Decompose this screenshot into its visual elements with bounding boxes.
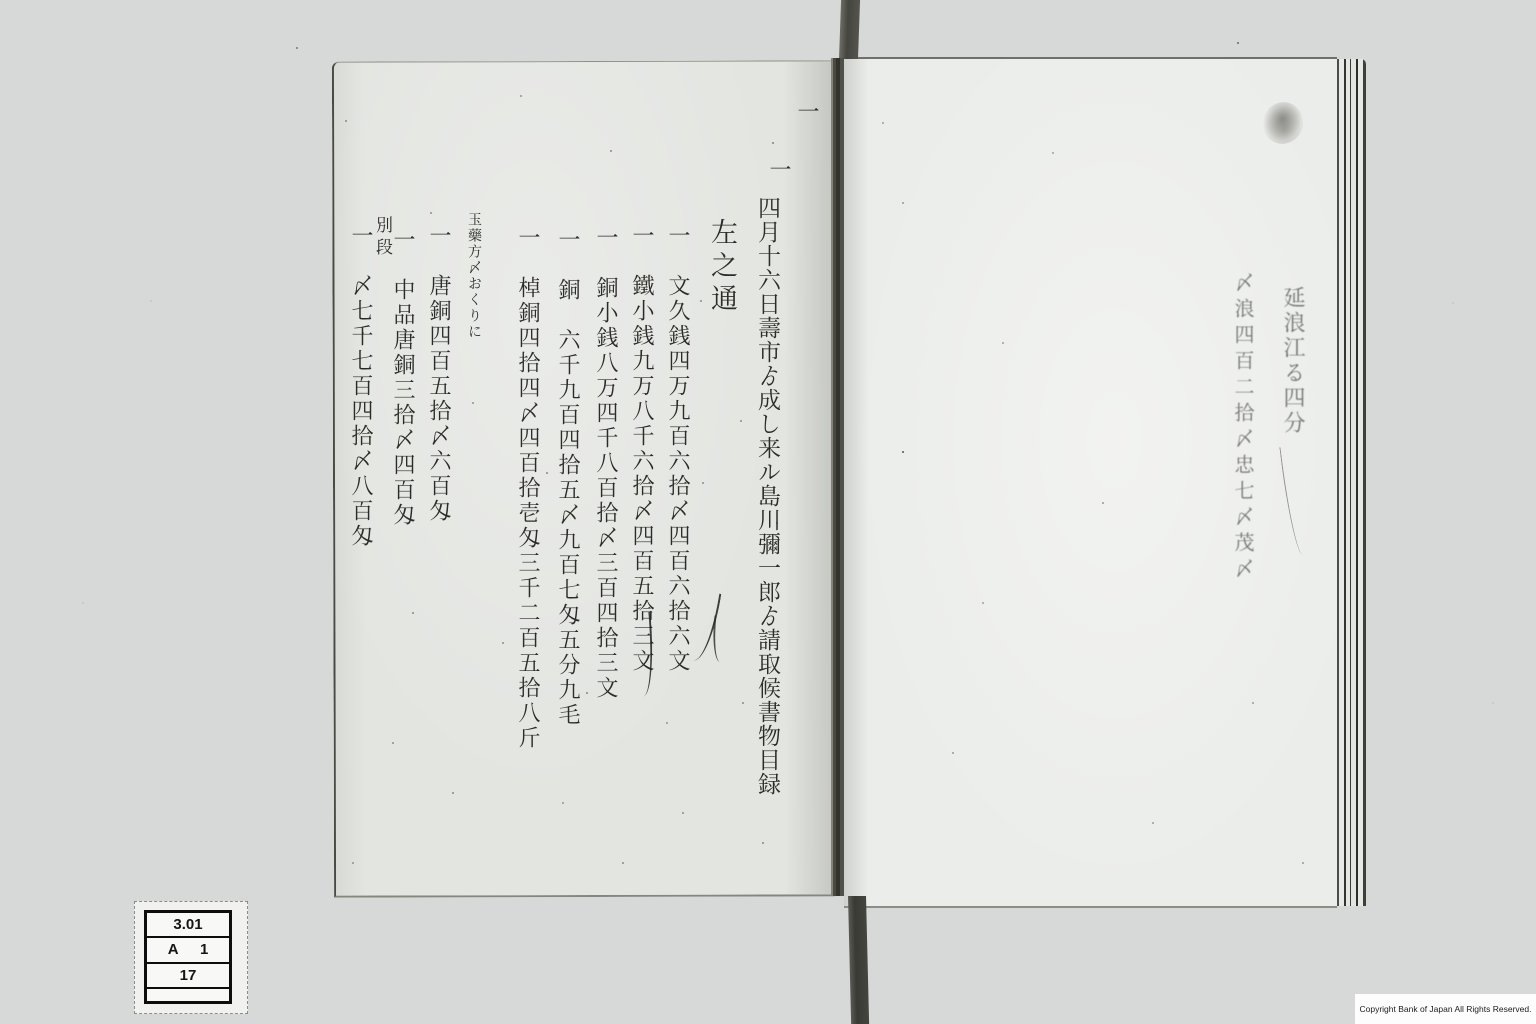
copyright-text: Copyright Bank of Japan All Rights Reser… xyxy=(1360,1004,1532,1014)
manuscript-column-faint-2: 〆浪四百二拾〆忠七〆茂〆 xyxy=(1233,272,1253,584)
archive-label-row-empty xyxy=(147,989,229,1001)
page-edge-stack xyxy=(1337,59,1366,906)
manuscript-column-entry-6: 一 唐銅四百五拾〆六百匁 xyxy=(427,224,449,524)
dust-speckles xyxy=(0,0,2,2)
archive-label-table: 3.01 A 1 17 xyxy=(144,910,232,1004)
manuscript-column-entry-1: 一 文久銭四万九百六拾〆四百六拾六文 xyxy=(666,224,688,674)
archive-label-row-code: 3.01 xyxy=(147,913,229,938)
manuscript-column-heading: 左之通 xyxy=(708,218,735,317)
manuscript-column-date-mark: 一 xyxy=(767,158,789,183)
archive-label-series-letter: A xyxy=(168,941,179,958)
archive-label-code: 3.01 xyxy=(173,916,202,933)
manuscript-column-note-small: 玉藥方〆おくりに xyxy=(467,212,481,340)
archive-label-number: 17 xyxy=(180,967,197,984)
manuscript-column-entry-2: 一 鐵小銭九万八千六拾〆四百五拾三文 xyxy=(630,224,652,674)
manuscript-column-entry-3: 一 銅小銭八万四千八百拾〆三百四拾三文 xyxy=(594,226,616,701)
manuscript-column-total: 一 〆七千七百四拾〆八百匁 xyxy=(349,224,371,549)
archive-label-row-number: 17 xyxy=(147,964,229,989)
manuscript-column-entry-5: 一 棹銅四拾四〆四百拾壱匁三千二百五拾八斤 xyxy=(516,226,538,751)
manuscript-column-date-line: 四月十六日壽市ゟ成し来ル島川彌一郎ゟ請取候書物目録 xyxy=(755,196,778,796)
binding-strap-top xyxy=(839,0,860,59)
archive-label: 3.01 A 1 17 xyxy=(134,901,248,1014)
manuscript-column-faint-1: 延浪江る四分 xyxy=(1281,286,1303,436)
binding-strap-bottom xyxy=(848,896,869,1024)
manuscript-column-entry-7: 一 中品唐銅三拾〆四百匁 xyxy=(391,228,413,528)
manuscript-column-item-mark: 一 xyxy=(795,100,817,125)
archive-label-series-number: 1 xyxy=(200,941,208,958)
copyright-notice: Copyright Bank of Japan All Rights Reser… xyxy=(1355,994,1536,1024)
manuscript-column-subheading: 別段 xyxy=(373,216,390,260)
right-page xyxy=(844,57,1337,908)
binding-strap-middle xyxy=(831,58,844,896)
manuscript-column-entry-4: 一 銅 六千九百四拾五〆九百七匁五分九毛 xyxy=(556,228,578,728)
archive-label-row-series: A 1 xyxy=(147,938,229,963)
scanned-document-page: 一 一 四月十六日壽市ゟ成し来ル島川彌一郎ゟ請取候書物目録 左之通 一 文久銭四… xyxy=(0,0,1536,1024)
